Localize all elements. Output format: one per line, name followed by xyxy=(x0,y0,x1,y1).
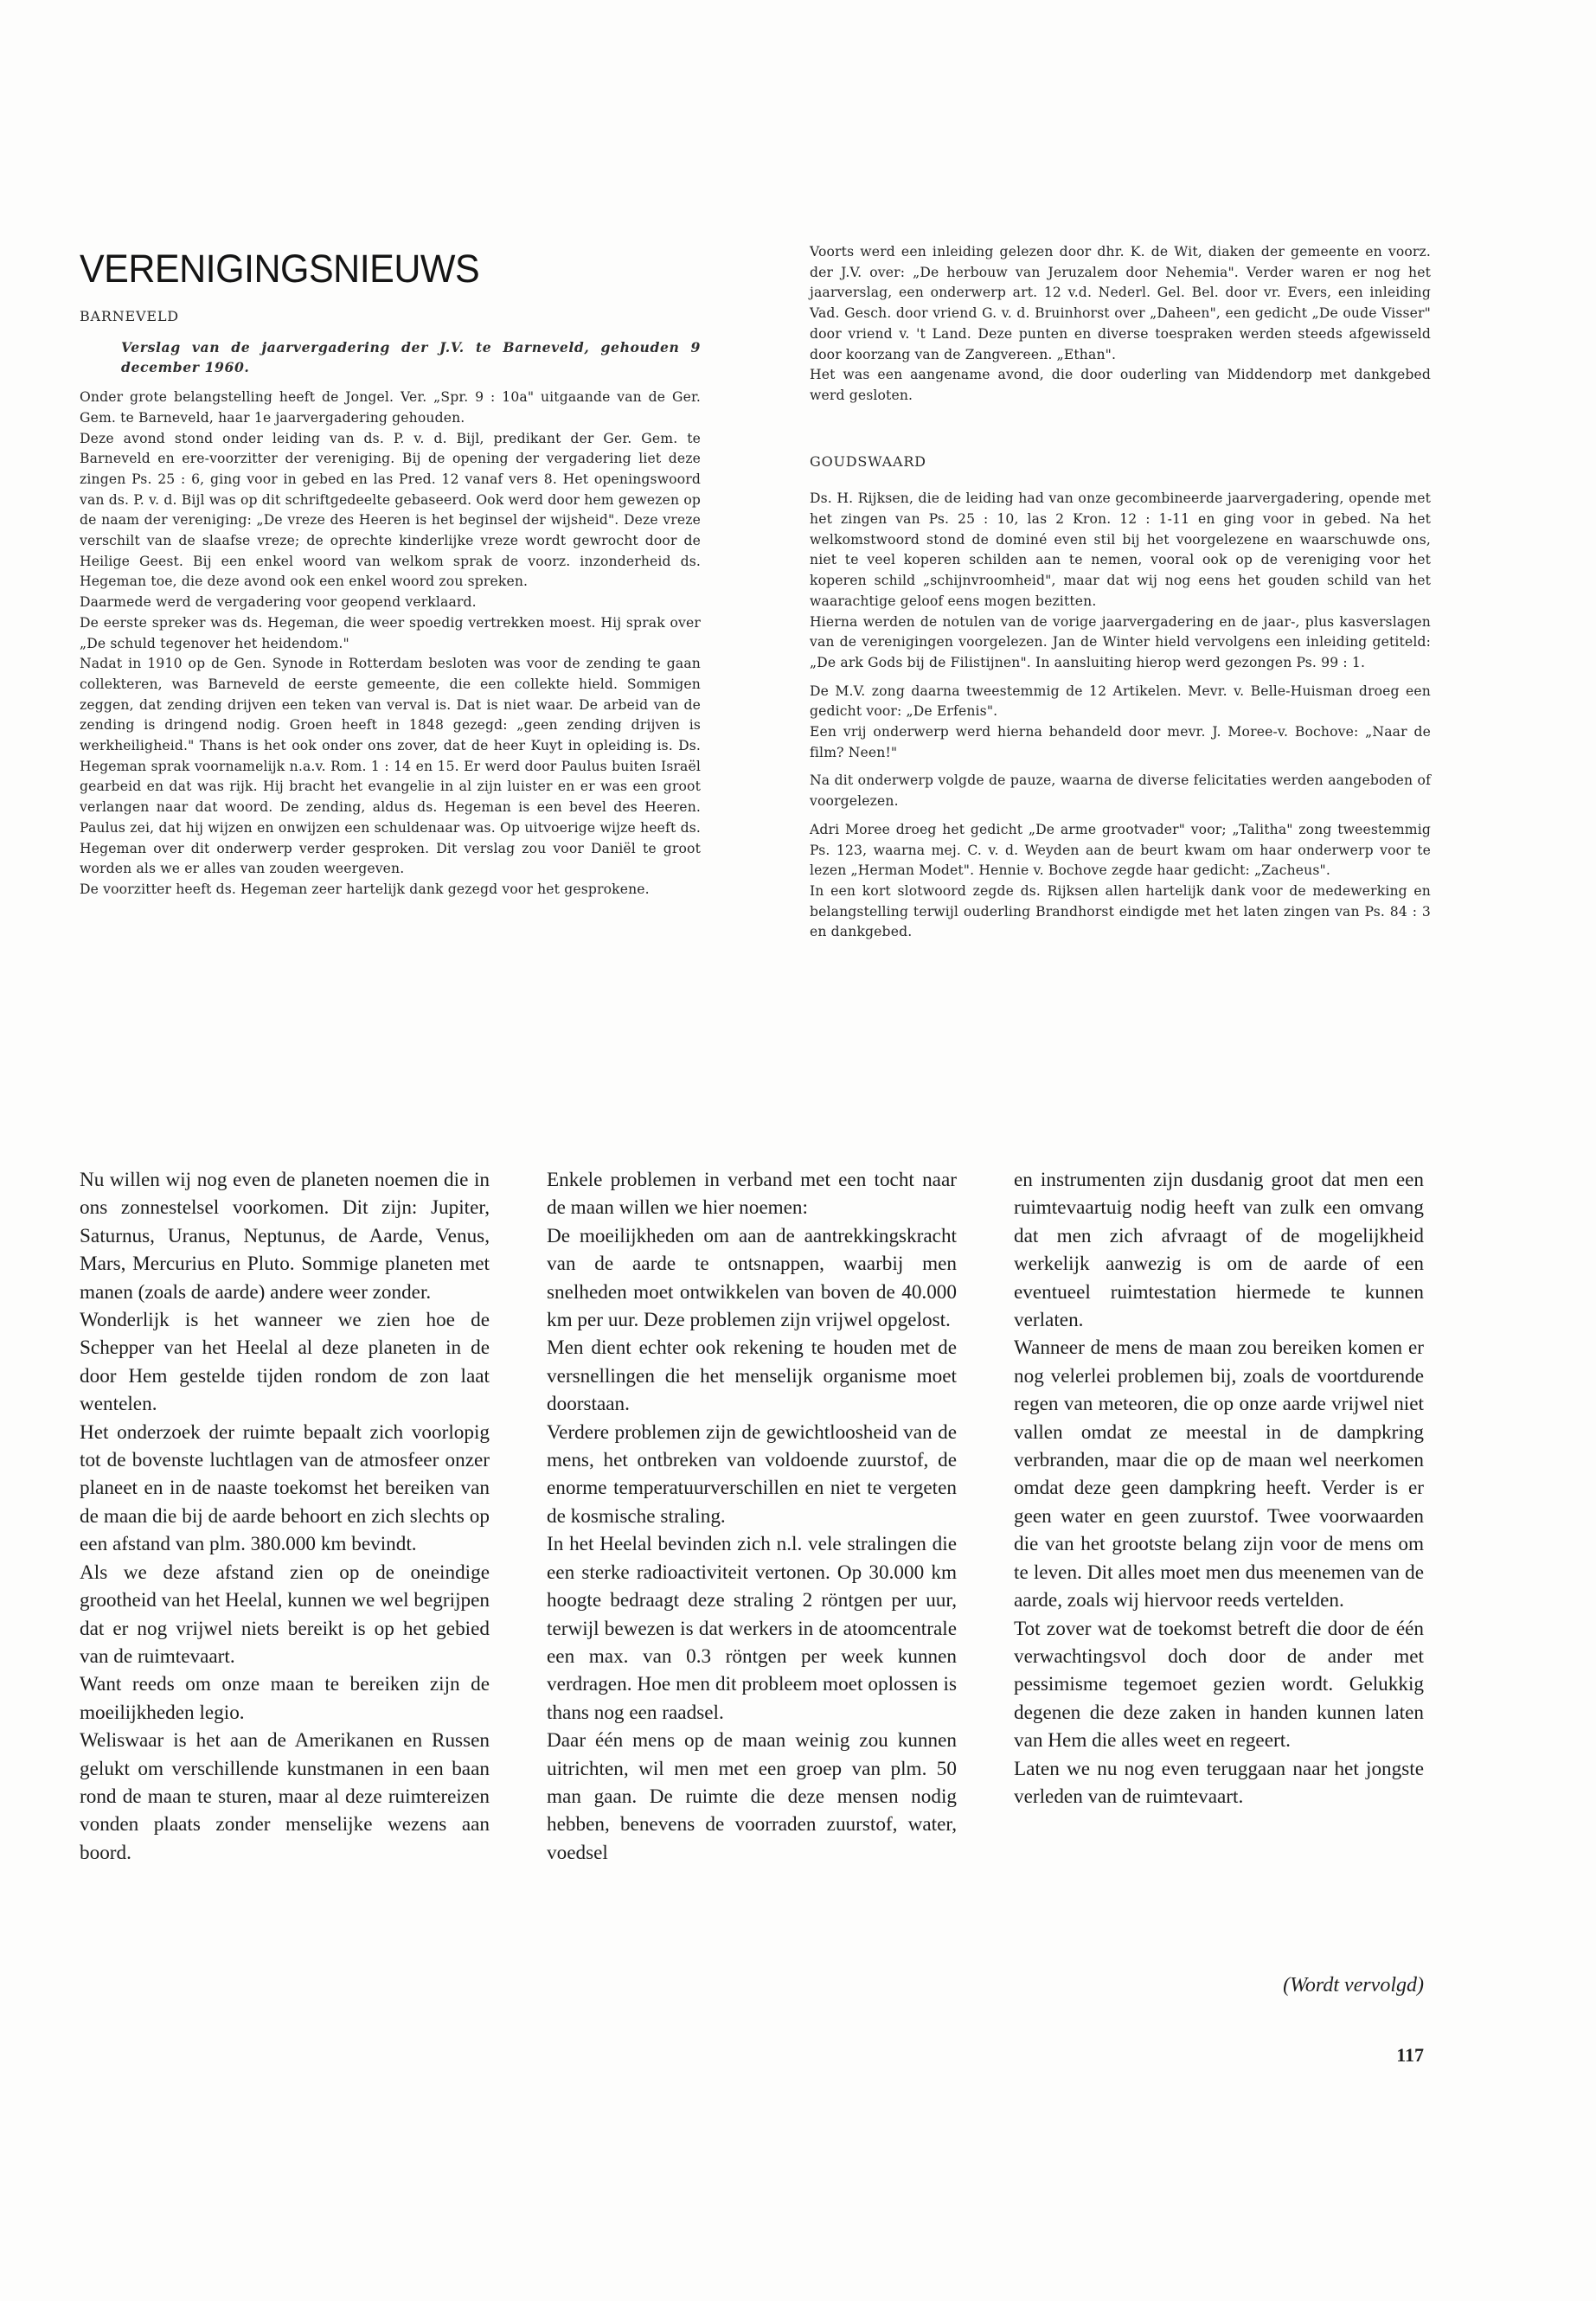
paragraph: De moeilijkheden om aan de aantrekkingsk… xyxy=(547,1222,957,1335)
paragraph: Onder grote belangstelling heeft de Jong… xyxy=(80,388,701,428)
paragraph: Nu willen wij nog even de planeten noeme… xyxy=(80,1166,490,1306)
paragraph: Wonderlijk is het wanneer we zien hoe de… xyxy=(80,1306,490,1419)
page-number: 117 xyxy=(1349,2044,1424,2067)
article-column-1: Nu willen wij nog even de planeten noeme… xyxy=(80,1166,490,1867)
paragraph: Weliswaar is het aan de Amerikanen en Ru… xyxy=(80,1727,490,1867)
paragraph: In het Heelal bevinden zich n.l. vele st… xyxy=(547,1530,957,1727)
paragraph: De M.V. zong daarna tweestemmig de 12 Ar… xyxy=(810,682,1431,722)
paragraph: Tot zover wat de toekomst betreft die do… xyxy=(1014,1615,1424,1755)
goudswaard-heading: GOUDSWAARD xyxy=(810,452,1431,472)
article-column-3: en instrumenten zijn dusdanig groot dat … xyxy=(1014,1166,1424,1811)
paragraph: Want reeds om onze maan te bereiken zijn… xyxy=(80,1670,490,1727)
paragraph: Deze avond stond onder leiding van ds. P… xyxy=(80,429,701,593)
paragraph: In een kort slotwoord zegde ds. Rijksen … xyxy=(810,881,1431,943)
section-title: VERENIGINGSNIEUWS xyxy=(80,246,701,293)
paragraph: Het onderzoek der ruimte bepaalt zich vo… xyxy=(80,1419,490,1559)
paragraph: Wanneer de mens de maan zou bereiken kom… xyxy=(1014,1334,1424,1614)
paragraph: De voorzitter heeft ds. Hegeman zeer har… xyxy=(80,880,701,901)
paragraph: Een vrij onderwerp werd hierna behandeld… xyxy=(810,722,1431,763)
article-column-2: Enkele problemen in verband met een toch… xyxy=(547,1166,957,1867)
paragraph: Ds. H. Rijksen, die de leiding had van o… xyxy=(810,489,1431,612)
paragraph: Hierna werden de notulen van de vorige j… xyxy=(810,612,1431,674)
paragraph: Enkele problemen in verband met een toch… xyxy=(547,1166,957,1222)
barneveld-report-intro: Verslag van de jaarvergadering der J.V. … xyxy=(80,337,701,378)
paragraph: Als we deze afstand zien op de oneindige… xyxy=(80,1559,490,1671)
to-be-continued-note: (Wordt vervolgd) xyxy=(1014,1974,1424,1997)
club-news-right-column: Voorts werd een inleiding gelezen door d… xyxy=(810,242,1431,943)
club-news-left-column: VERENIGINGSNIEUWS BARNEVELD Verslag van … xyxy=(80,235,701,901)
paragraph: Voorts werd een inleiding gelezen door d… xyxy=(810,242,1431,365)
paragraph: Na dit onderwerp volgde de pauze, waarna… xyxy=(810,771,1431,811)
paragraph: en instrumenten zijn dusdanig groot dat … xyxy=(1014,1166,1424,1334)
paragraph: Laten we nu nog even teruggaan naar het … xyxy=(1014,1755,1424,1811)
paragraph: De eerste spreker was ds. Hegeman, die w… xyxy=(80,613,701,654)
paragraph: Verdere problemen zijn de gewichtlooshei… xyxy=(547,1419,957,1531)
paragraph: Nadat in 1910 op de Gen. Synode in Rotte… xyxy=(80,654,701,880)
paragraph: Men dient echter ook rekening te houden … xyxy=(547,1334,957,1418)
magazine-page: VERENIGINGSNIEUWS BARNEVELD Verslag van … xyxy=(0,0,1596,2301)
paragraph: Adri Moree droeg het gedicht „De arme gr… xyxy=(810,820,1431,881)
paragraph: Het was een aangename avond, die door ou… xyxy=(810,365,1431,406)
paragraph: Daarmede werd de vergadering voor geopen… xyxy=(80,593,701,613)
paragraph: Daar één mens op de maan weinig zou kunn… xyxy=(547,1727,957,1867)
barneveld-heading: BARNEVELD xyxy=(80,306,701,327)
